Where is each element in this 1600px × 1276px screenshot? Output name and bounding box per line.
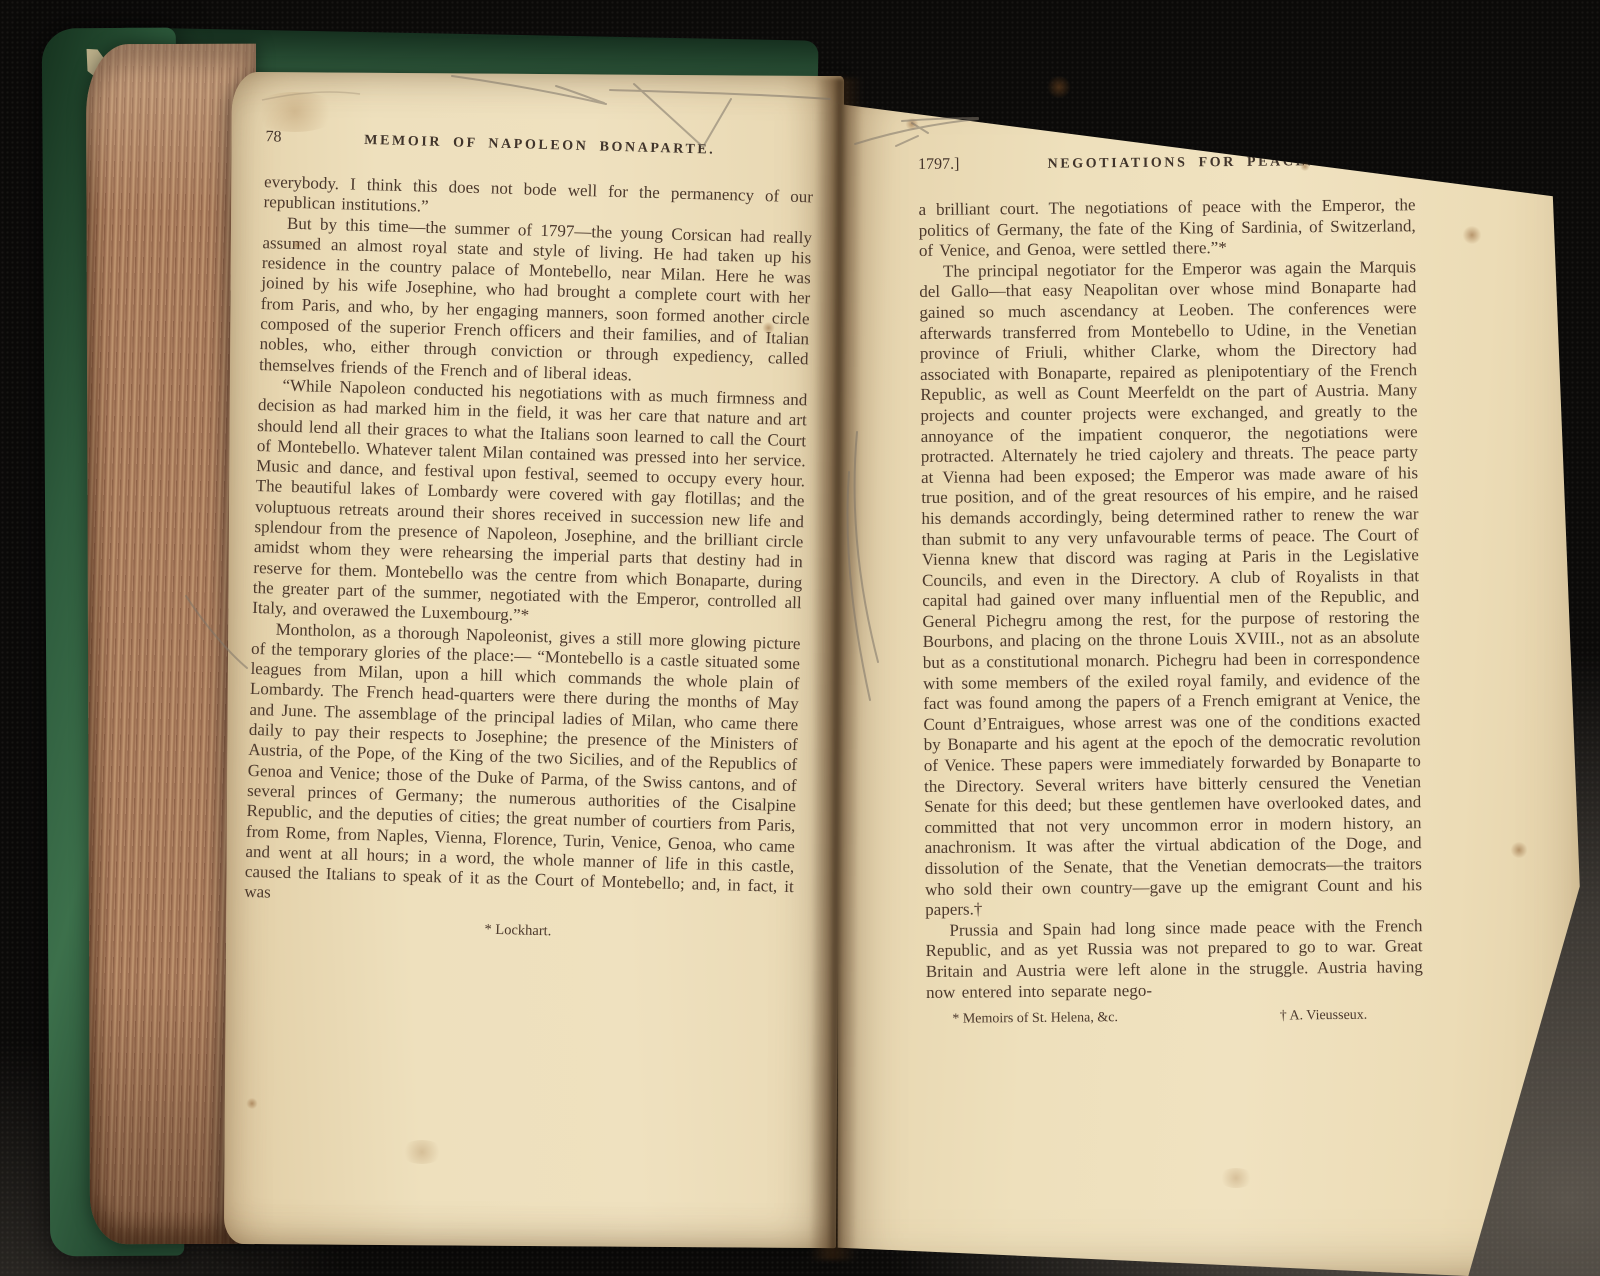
foxing-spot — [1462, 226, 1482, 244]
foxing-spot — [905, 118, 919, 130]
foxing-spot — [762, 322, 775, 334]
foxing-spot — [292, 240, 302, 250]
paragraph: Montholon, as a thorough Napoleonist, gi… — [244, 618, 801, 917]
left-page-content: 78 MEMOIR OF NAPOLEON BONAPARTE. everybo… — [243, 128, 814, 947]
photo-background: 78 MEMOIR OF NAPOLEON BONAPARTE. everybo… — [0, 0, 1600, 1276]
left-page: 78 MEMOIR OF NAPOLEON BONAPARTE. everybo… — [224, 72, 844, 1248]
paragraph: a brilliant court. The negotiations of p… — [918, 195, 1416, 262]
paragraph: The principal negotiator for the Emperor… — [919, 257, 1422, 921]
left-page-text: everybody. I think this does not bode we… — [244, 172, 813, 918]
left-page-header: 78 MEMOIR OF NAPOLEON BONAPARTE. — [265, 128, 814, 161]
age-stain — [400, 1140, 444, 1164]
age-stain — [1218, 1168, 1254, 1188]
foxing-spot — [246, 1098, 258, 1109]
age-stain — [250, 92, 340, 132]
right-page-footnotes: * Memoirs of St. Helena, &c. † A. Vieuss… — [926, 1007, 1423, 1028]
right-page-text: a brilliant court. The negotiations of p… — [918, 195, 1423, 1003]
footnote-left: * Memoirs of St. Helena, &c. — [952, 1010, 1118, 1028]
right-year-header: 1797.] — [918, 155, 998, 174]
foxing-spot — [1046, 76, 1072, 98]
left-header-spacer — [762, 155, 814, 156]
paragraph: Prussia and Spain had long since made pe… — [925, 916, 1423, 1003]
paragraph: “While Napoleon conducted his negotiatio… — [252, 375, 808, 634]
foxing-spot — [1300, 162, 1310, 171]
left-running-header: MEMOIR OF NAPOLEON BONAPARTE. — [317, 132, 762, 160]
right-page-content: 1797.] NEGOTIATIONS FOR PEACE. 79 a bril… — [918, 151, 1423, 1028]
left-page-footnote: * Lockhart. — [243, 914, 792, 946]
paragraph: But by this time—the summer of 1797—the … — [259, 213, 812, 391]
right-page: 1797.] NEGOTIATIONS FOR PEACE. 79 a bril… — [834, 92, 1582, 1276]
footnote-right: † A. Vieusseux. — [1280, 1008, 1368, 1025]
foxing-spot — [1510, 842, 1528, 858]
book-gutter-shadow — [809, 78, 863, 1260]
